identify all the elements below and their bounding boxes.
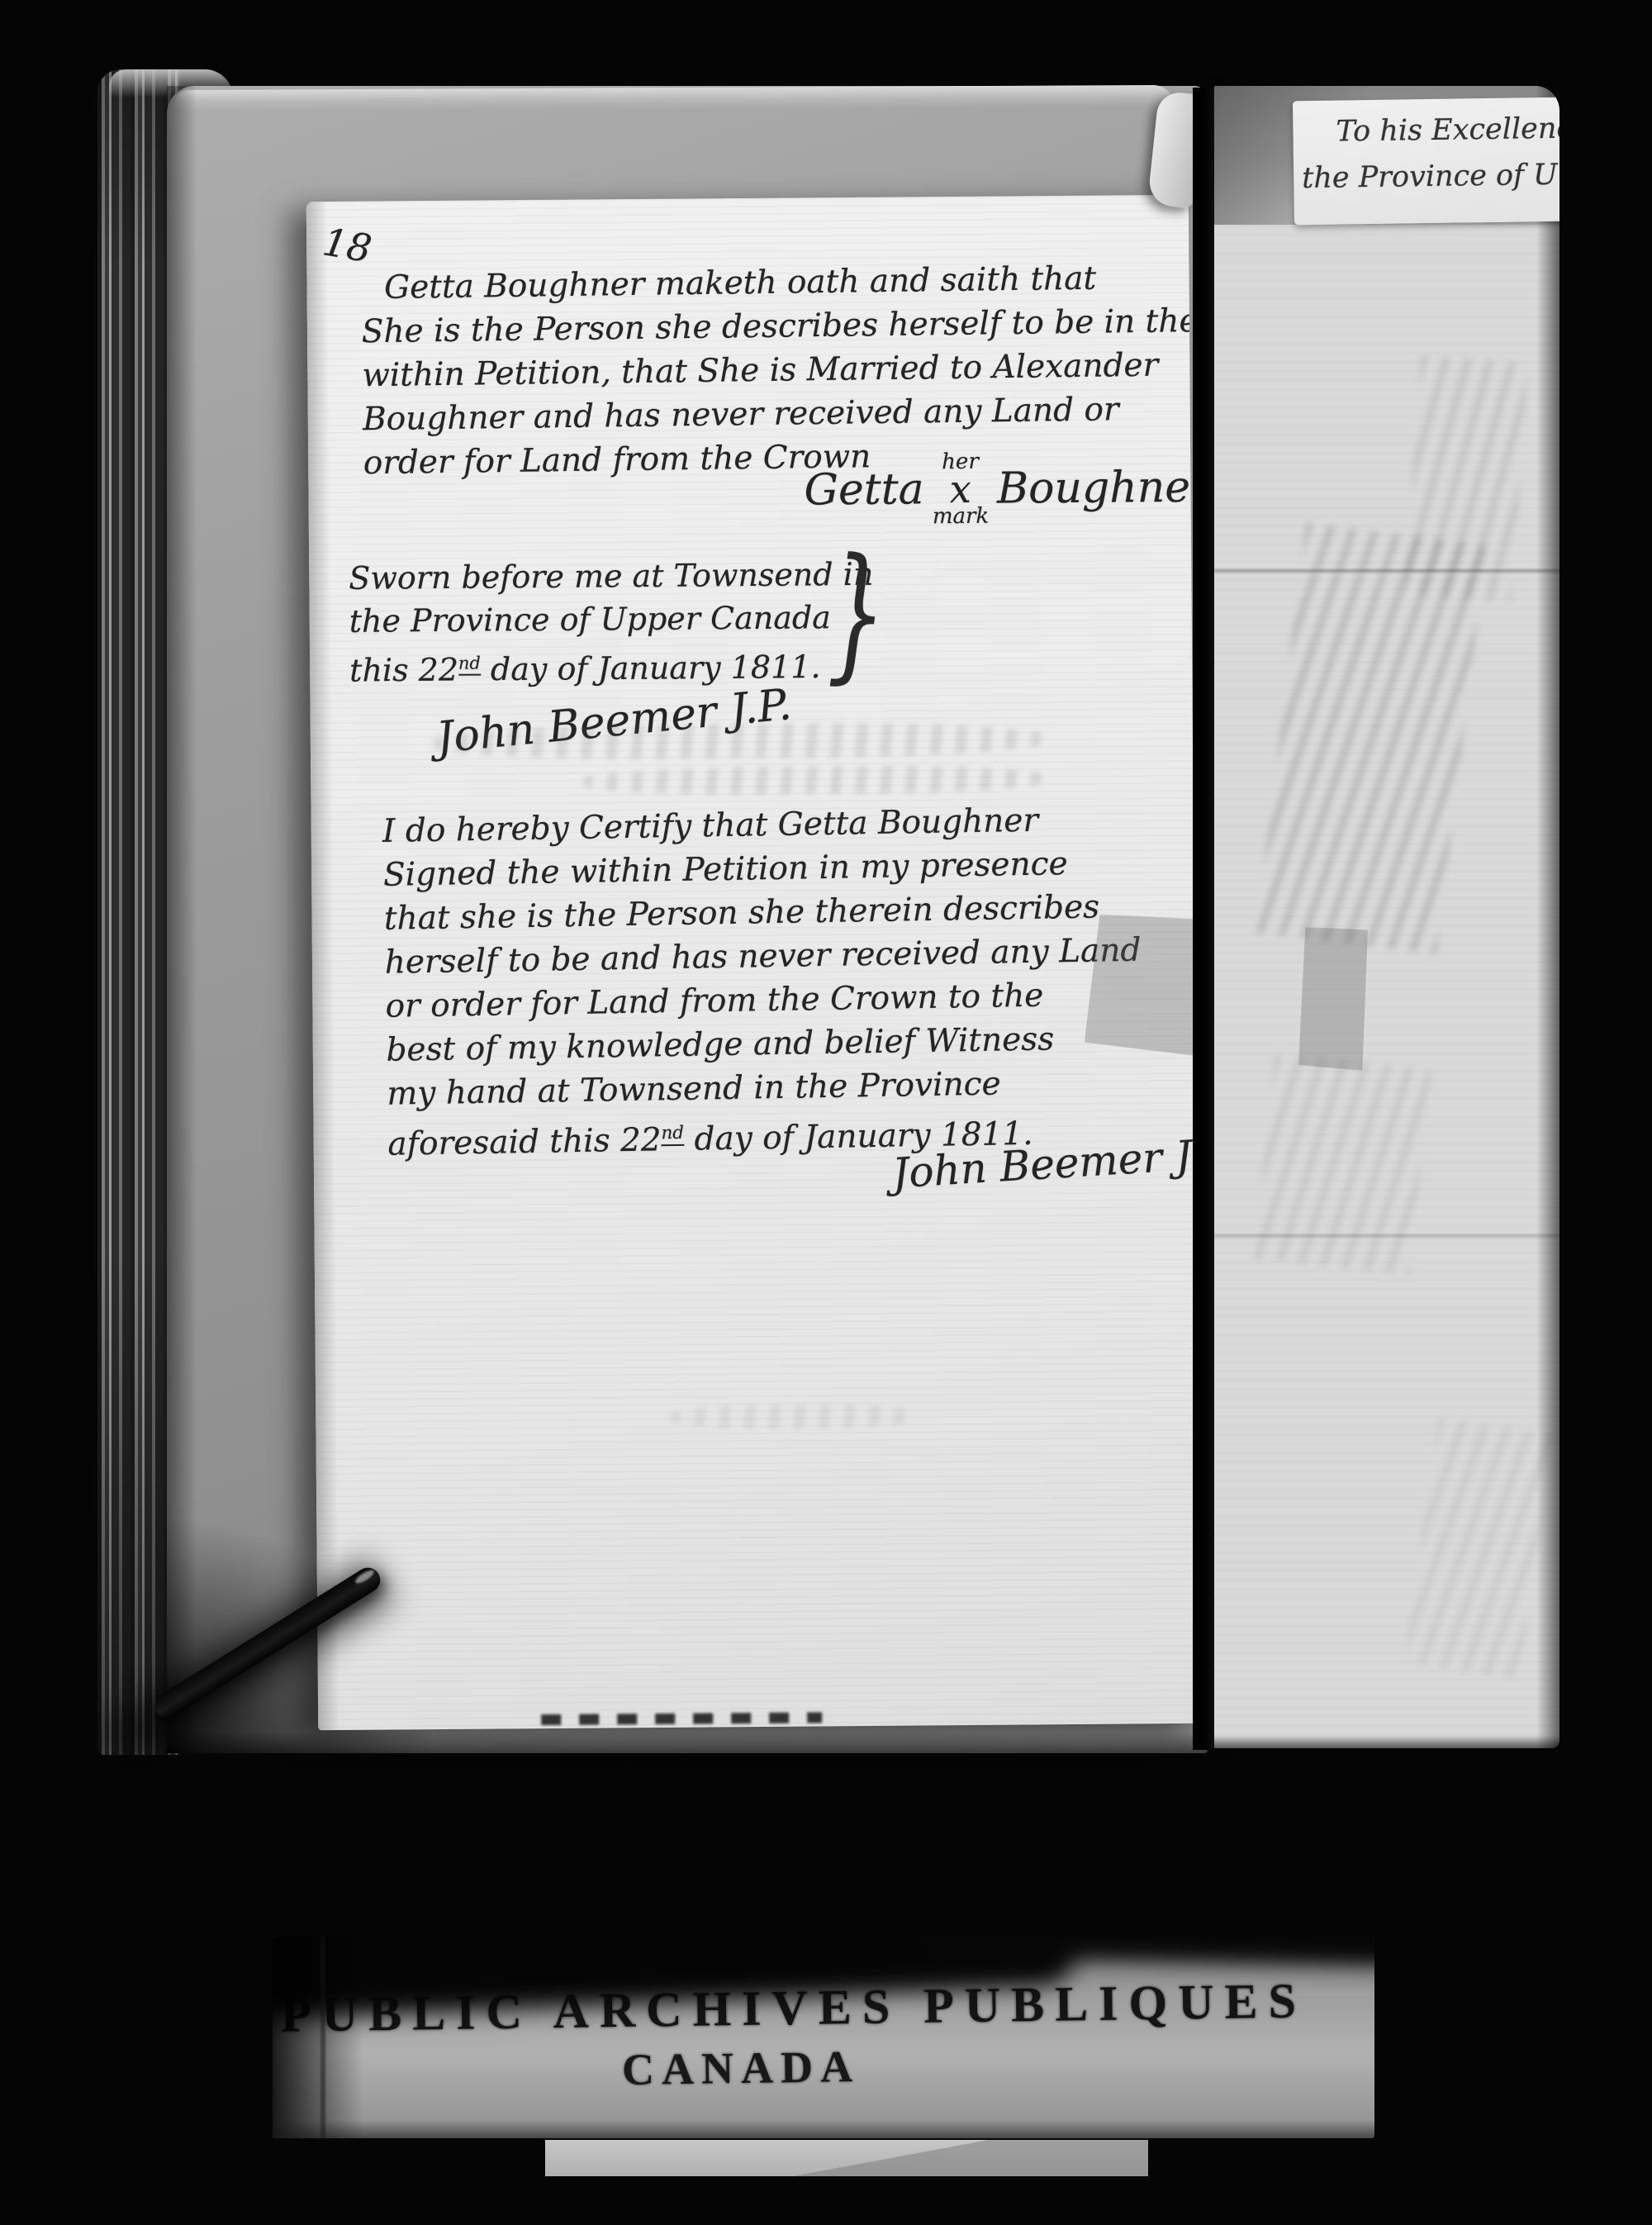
ink-bleed-through bbox=[1253, 1053, 1431, 1275]
jurat-line: the Province of Upper Canada bbox=[349, 596, 874, 643]
page-gap-shadow bbox=[1193, 88, 1214, 1750]
address-slip: To his Excellency the Province of U bbox=[1293, 97, 1559, 226]
deponent-signature: Getta her x mark Boughner bbox=[804, 449, 1200, 529]
jurat-line: Sworn before me at Townsend in bbox=[349, 553, 873, 600]
ordinal-superscript: nd bbox=[661, 1123, 684, 1146]
banner-under-strip bbox=[545, 2140, 1148, 2176]
archives-stamp-subtitle: CANADA bbox=[273, 2035, 1292, 2102]
affidavit-page: 18 Getta Boughner maketh oath and saith … bbox=[306, 195, 1200, 1730]
jurat-block: Sworn before me at Townsend in the Provi… bbox=[349, 553, 874, 692]
under-strip-shadow bbox=[793, 2140, 1148, 2176]
microfilm-scan: 18 Getta Boughner maketh oath and saith … bbox=[0, 0, 1652, 2225]
ink-bleed-through bbox=[671, 1403, 919, 1429]
petition-page: To his Excellency the Province of U bbox=[1214, 86, 1559, 1748]
archives-stamp-banner: PUBLIC ARCHIVES PUBLIQUES CANADA bbox=[273, 1937, 1374, 2138]
page-top-edge-highlight bbox=[175, 85, 1175, 112]
x-mark: x bbox=[950, 473, 971, 506]
her-mark: her x mark bbox=[932, 451, 989, 528]
certification-block: I do hereby Certify that Getta Boughner … bbox=[382, 796, 1201, 1166]
banner-left-shadow bbox=[273, 1937, 363, 2138]
ink-bleed-through bbox=[583, 764, 1046, 796]
ink-bleed-through bbox=[1404, 355, 1528, 601]
jurat-brace: } bbox=[827, 541, 887, 684]
ordinal-superscript: nd bbox=[458, 654, 481, 676]
jurat-line: this 22nd day of January 1811. bbox=[349, 639, 874, 692]
mark-label: mark bbox=[933, 506, 990, 528]
signature-surname: Boughner bbox=[997, 463, 1201, 514]
fold-crease bbox=[1214, 569, 1559, 575]
banner-bottom-shadow bbox=[273, 2120, 1374, 2138]
edge-print-marks bbox=[541, 1712, 822, 1725]
banner-crease bbox=[320, 1937, 325, 2138]
signature-first-name: Getta bbox=[804, 464, 924, 515]
page-number: 18 bbox=[320, 219, 375, 271]
page-left-shadow bbox=[167, 86, 197, 1753]
page-edge-shadow bbox=[1536, 86, 1559, 1748]
page-bottom-shadow bbox=[167, 1732, 1208, 1753]
fold-crease bbox=[1214, 1234, 1559, 1240]
page-edge-shadow bbox=[1214, 1735, 1559, 1748]
tape-patch bbox=[1084, 914, 1201, 1057]
address-line: To his Excellency bbox=[1336, 106, 1559, 155]
tape-patch bbox=[1298, 927, 1368, 1071]
address-line: the Province of U bbox=[1302, 152, 1559, 202]
